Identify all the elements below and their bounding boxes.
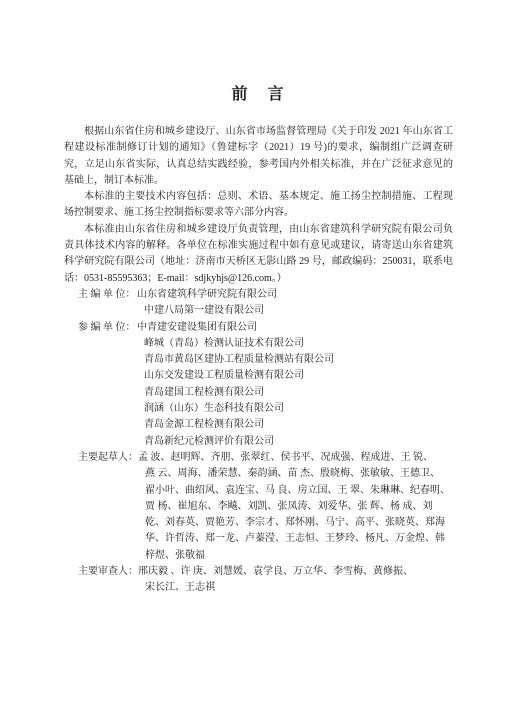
page-content: 前 言 根据山东省住房和城乡建设厅、山东省市场监督管理局《关于印发 2021 年… bbox=[0, 0, 515, 597]
co-editor-line: 青岛市黄岛区建协工程质量检测站有限公司 bbox=[144, 352, 453, 368]
document-page: 前 言 根据山东省住房和城乡建设厅、山东省市场监督管理局《关于印发 2021 年… bbox=[0, 0, 515, 727]
credits-block: 主 编 单 位： 山东省建筑科学研究院有限公司 中建八局第一建设有限公司 参 编… bbox=[64, 287, 453, 597]
drafters-line: 燕 云、周海、潘荣慧、秦韵涵、苗 杰、殷晓梅、张敏敏、王德卫、 bbox=[145, 466, 453, 482]
paragraph-basis: 根据山东省住房和城乡建设厅、山东省市场监督管理局《关于印发 2021 年山东省工… bbox=[64, 124, 453, 189]
co-editor-line: 中青建安建设集团有限公司 bbox=[137, 320, 453, 336]
reviewers-entry: 主要审查人： 邢庆毅 、许 庚、刘慧媛、袁学良、万立华、李雪梅、黄修振、 宋长江… bbox=[64, 564, 453, 597]
drafters-line: 乾、刘春英、贾艳芳、李宗才、郑怀刚、马宁、高平、张晓英、郑海 bbox=[145, 515, 453, 531]
co-editors-label: 参 编 单 位： bbox=[78, 320, 137, 336]
chief-editor-lines: 山东省建筑科学研究院有限公司 中建八局第一建设有限公司 bbox=[137, 287, 453, 320]
co-editor-line: 青岛建国工程检测有限公司 bbox=[144, 385, 453, 401]
co-editor-line: 青岛金源工程检测有限公司 bbox=[144, 417, 453, 433]
chief-editor-entry: 主 编 单 位： 山东省建筑科学研究院有限公司 中建八局第一建设有限公司 bbox=[64, 287, 453, 320]
drafters-line: 华、许哲涛、郑一龙、卢蓁滢、王志恒、王梦玲、杨凡、万金煌、韩 bbox=[145, 531, 453, 547]
page-title: 前 言 bbox=[64, 86, 453, 104]
reviewers-line: 宋长江、王志祺 bbox=[145, 580, 453, 596]
chief-editor-line: 山东省建筑科学研究院有限公司 bbox=[137, 287, 453, 303]
co-editor-line: 青岛新纪元检测评价有限公司 bbox=[144, 434, 453, 450]
co-editor-line: 山东交发建设工程质量检测有限公司 bbox=[144, 368, 453, 384]
reviewers-line: 邢庆毅 、许 庚、刘慧媛、袁学良、万立华、李雪梅、黄修振、 bbox=[138, 564, 453, 580]
drafters-lines: 孟 波、赵明辉、齐朋、张翠红、侯书平、况成强、程成进、王 锐、 燕 云、周海、潘… bbox=[138, 450, 453, 564]
drafters-line: 孟 波、赵明辉、齐朋、张翠红、侯书平、况成强、程成进、王 锐、 bbox=[138, 450, 453, 466]
co-editors-lines: 中青建安建设集团有限公司 峰城（青岛）检测认证技术有限公司 青岛市黄岛区建协工程… bbox=[137, 320, 453, 450]
paragraph-contents: 本标准的主要技术内容包括：总则、术语、基本规定、施工扬尘控制措施、工程现场控制要… bbox=[64, 189, 453, 222]
reviewers-label: 主要审查人： bbox=[78, 564, 138, 580]
drafters-line: 贾 杨、崔旭东、李飚、刘凯、张凤涛、刘爱华、张 辉、杨 成、刘 bbox=[145, 499, 453, 515]
reviewers-lines: 邢庆毅 、许 庚、刘慧媛、袁学良、万立华、李雪梅、黄修振、 宋长江、王志祺 bbox=[138, 564, 453, 597]
chief-editor-label: 主 编 单 位： bbox=[78, 287, 137, 303]
co-editor-line: 峰城（青岛）检测认证技术有限公司 bbox=[144, 336, 453, 352]
drafters-label: 主要起草人： bbox=[78, 450, 138, 466]
co-editor-line: 润涵（山东）生态科技有限公司 bbox=[144, 401, 453, 417]
drafters-line: 梓煜、张敬福 bbox=[145, 548, 453, 564]
paragraph-management: 本标准由山东省住房和城乡建设厅负责管理，由山东省建筑科学研究院有限公司负责具体技… bbox=[64, 222, 453, 287]
co-editors-entry: 参 编 单 位： 中青建安建设集团有限公司 峰城（青岛）检测认证技术有限公司 青… bbox=[64, 320, 453, 450]
chief-editor-line: 中建八局第一建设有限公司 bbox=[144, 303, 453, 319]
drafters-line: 翟小叶、曲绍风、袁连宝、马 良、房立国、王 翠、朱琳琳、纪春明、 bbox=[145, 483, 453, 499]
drafters-entry: 主要起草人： 孟 波、赵明辉、齐朋、张翠红、侯书平、况成强、程成进、王 锐、 燕… bbox=[64, 450, 453, 564]
